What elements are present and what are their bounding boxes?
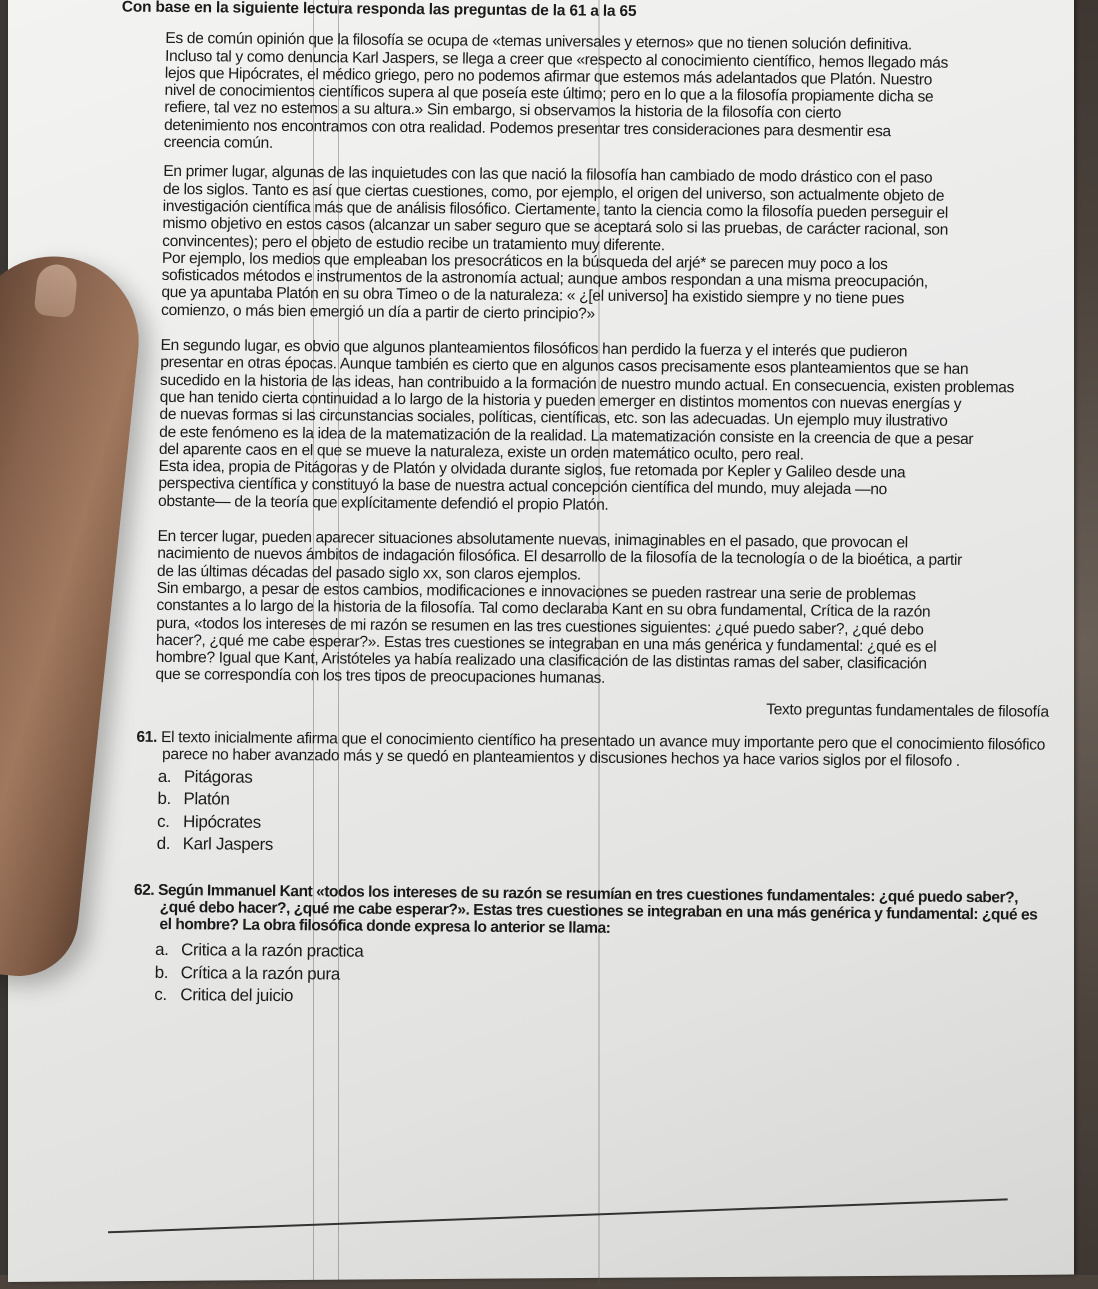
source-citation: Texto preguntas fundamentales de filosof… xyxy=(155,696,1055,721)
instructions-heading: Con base en la siguiente lectura respond… xyxy=(122,0,1066,24)
horizontal-rule xyxy=(108,1198,1008,1233)
question-62: 62. Según Immanuel Kant «todos los inter… xyxy=(132,881,1052,1014)
option-letter: a. xyxy=(158,765,184,788)
question-number: 62. xyxy=(134,881,154,898)
option-letter: d. xyxy=(157,833,183,856)
option-letter: a. xyxy=(155,939,181,962)
question-text: 62. Según Immanuel Kant «todos los inter… xyxy=(133,881,1052,941)
option-text: Crítica a la razón pura xyxy=(181,963,340,983)
option-letter: b. xyxy=(155,962,181,985)
option-text: Hipócrates xyxy=(183,812,261,832)
paragraph-first-consideration: En primer lugar, algunas de las inquietu… xyxy=(161,163,1063,327)
answer-options: a.Pitágoras b.Platón c.Hipócrates d.Karl… xyxy=(157,765,1054,863)
option-text: Pitágoras xyxy=(184,767,253,787)
option-letter: c. xyxy=(154,984,180,1007)
paragraph-second-consideration: En segundo lugar, es obvio que algunos p… xyxy=(158,337,1061,518)
option-text: Critica a la razón practica xyxy=(181,941,364,962)
question-text: 61. El texto inicialmente afirma que el … xyxy=(136,729,1054,772)
option-text: Karl Jaspers xyxy=(183,834,274,854)
question-line: hace varios siglos por el filosofo . xyxy=(743,751,960,770)
option-text: Critica del juicio xyxy=(180,986,293,1006)
answer-options: a.Critica a la razón practica b.Crítica … xyxy=(154,939,1051,1014)
paragraph-intro: Es de común opinión que la filosofía se … xyxy=(164,30,1066,159)
option-letter: b. xyxy=(157,788,183,811)
exam-sheet: Con base en la siguiente lectura respond… xyxy=(8,0,1074,1282)
option-letter: c. xyxy=(157,810,183,833)
paragraph-third-consideration: En tercer lugar, pueden aparecer situaci… xyxy=(155,528,1057,692)
option-text: Platón xyxy=(183,789,229,808)
question-61: 61. El texto inicialmente afirma que el … xyxy=(135,729,1055,864)
document-body: Con base en la siguiente lectura respond… xyxy=(150,0,1066,1015)
thumbnail xyxy=(33,263,78,319)
question-number: 61. xyxy=(136,729,157,746)
